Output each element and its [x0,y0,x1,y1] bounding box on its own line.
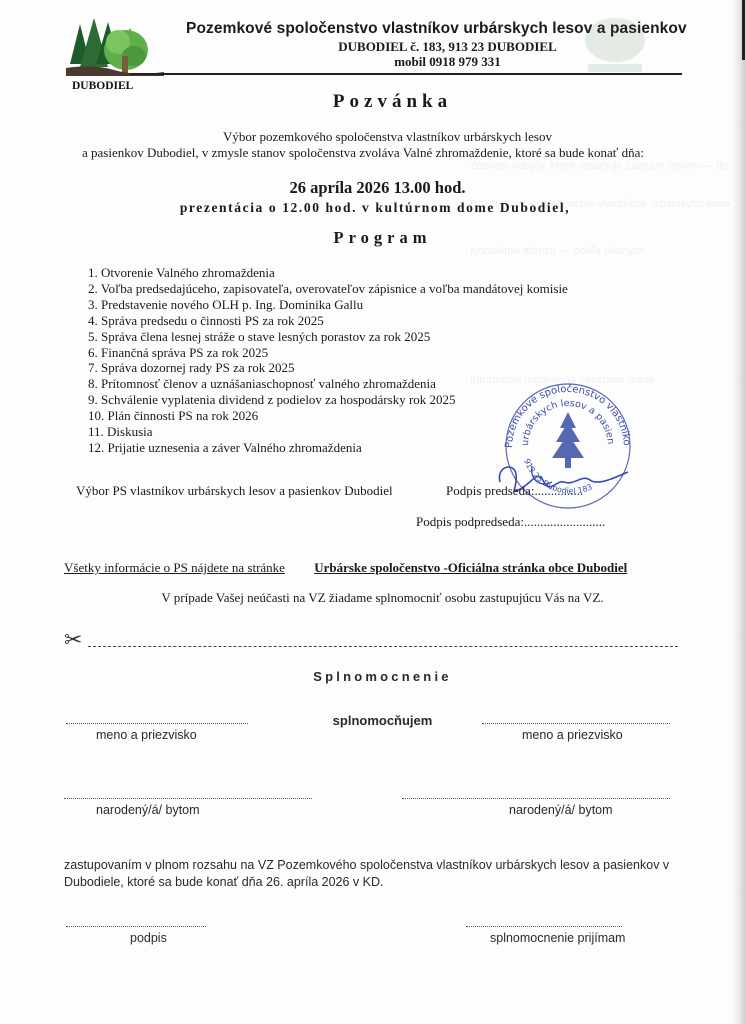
program-item: 4. Správa predsedu o činnosti PS za rok … [88,313,568,329]
committee-name: Výbor PS vlastníkov urbárskych lesov a p… [76,483,393,499]
signature-field[interactable] [66,926,206,927]
empower-word: splnomocňujem [0,713,745,728]
scissors-icon: ✂ [64,629,82,651]
bleed-through-text: Zoznam údajov, ktoré obsahuje zoznam čle… [470,160,745,172]
program-title: Program [0,228,745,248]
acceptance-label: splnomocnenie prijímam [490,931,625,945]
program-item: 2. Voľba predsedajúceho, zapisovateľa, o… [88,281,568,297]
document-page: Zoznam údajov, ktoré obsahuje zoznam čle… [0,0,745,1024]
principal-name-label: meno a priezvisko [96,728,197,742]
proxy-name-label: meno a priezvisko [522,728,623,742]
website-link[interactable]: Urbárske spoločenstvo -Oficiálna stránka… [314,560,627,575]
scan-edge-shadow [731,0,745,1024]
invitation-intro-line1: Výbor pozemkového spoločenstva vlastníko… [0,129,745,145]
proxy-birth-residence-label: narodený/á/ bytom [509,803,613,817]
bleed-through-logo [580,12,650,77]
signature-label: podpis [130,931,167,945]
program-item: 1. Otvorenie Valného zhromaždenia [88,265,568,281]
info-label: Všetky informácie o PS nájdete na stránk… [64,560,285,575]
info-line: Všetky informácie o PS nájdete na stránk… [64,560,627,576]
cut-line [88,646,678,647]
invitation-title: Pozvánka [0,91,745,113]
principal-birth-residence-field[interactable] [64,798,312,799]
vice-chair-signature-line: Podpis podpredseda:.....................… [416,514,605,530]
program-item: 6. Finančná správa PS za rok 2025 [88,345,568,361]
program-item: 5. Správa člena lesnej stráže o stave le… [88,329,568,345]
stamp-tree-icon [552,412,584,468]
proxy-name-field[interactable] [482,723,670,724]
proxy-form-title: Splnomocnenie [0,669,745,684]
program-item: 3. Predstavenie nového OLH p. Ing. Domin… [88,297,568,313]
proxy-birth-residence-field[interactable] [402,798,670,799]
invitation-intro-line2: a pasienkov Dubodiel, v zmysle stanov sp… [82,145,644,161]
principal-birth-residence-label: narodený/á/ bytom [96,803,200,817]
meeting-date-time: 26 apríla 2026 13.00 hod. [0,178,745,198]
presentation-info: prezentácia o 12.00 hod. v kultúrnom dom… [0,200,745,216]
absence-note: V prípade Vašej neúčasti na VZ žiadame s… [0,590,745,606]
chair-signature-line: Podpis predseda:............... [446,483,583,499]
proxy-statement: zastupovaním v plnom rozsahu na VZ Pozem… [64,857,684,891]
acceptance-signature-field[interactable] [466,926,622,927]
